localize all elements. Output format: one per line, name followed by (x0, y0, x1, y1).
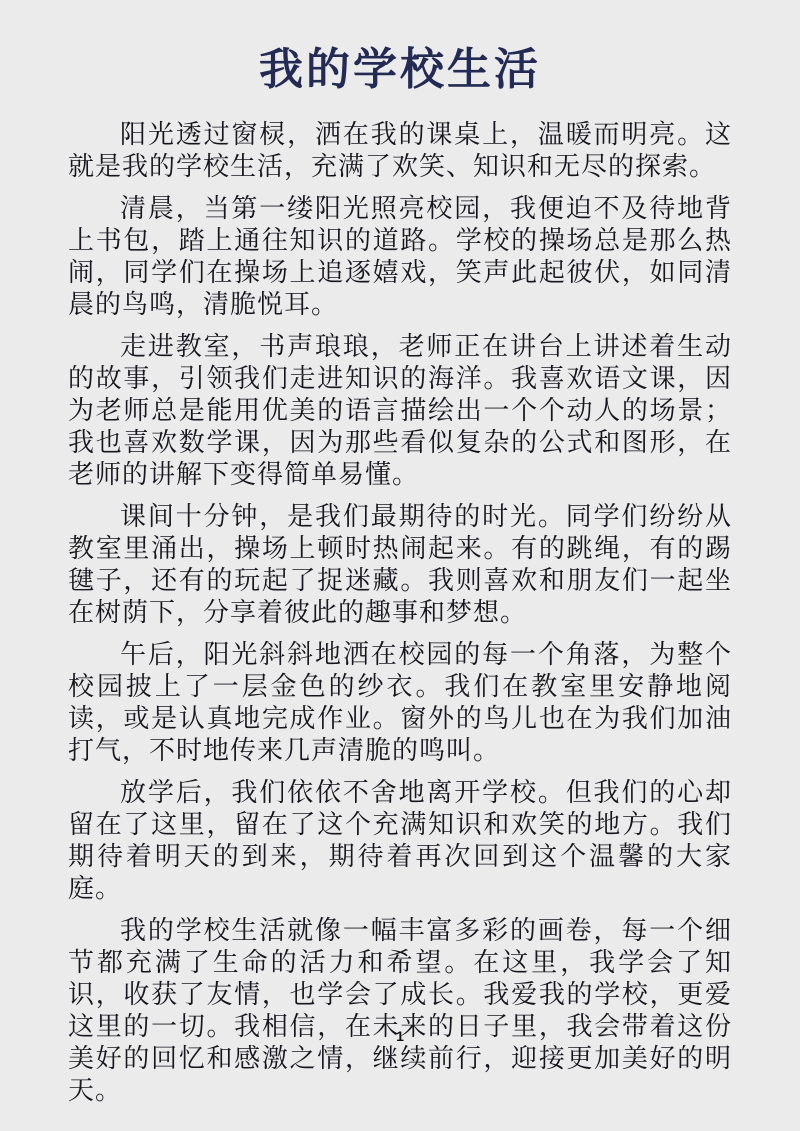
page-number: 1 (396, 1028, 404, 1044)
paragraph-morning: 清晨，当第一缕阳光照亮校园，我便迫不及待地背上书包，踏上通往知识的道路。学校的操… (68, 193, 732, 321)
page-footer: 1 (0, 1028, 800, 1046)
paragraph-intro: 阳光透过窗棂，洒在我的课桌上，温暖而明亮。这就是我的学校生活，充满了欢笑、知识和… (68, 119, 732, 183)
paragraph-classroom: 走进教室，书声琅琅，老师正在讲台上讲述着生动的故事，引领我们走进知识的海洋。我喜… (68, 331, 732, 491)
paragraph-recess: 课间十分钟，是我们最期待的时光。同学们纷纷从教室里涌出，操场上顿时热闹起来。有的… (68, 501, 732, 629)
paragraph-afternoon: 午后，阳光斜斜地洒在校园的每一个角落，为整个校园披上了一层金色的纱衣。我们在教室… (68, 639, 732, 767)
paragraph-after-school: 放学后，我们依依不舍地离开学校。但我们的心却留在了这里，留在了这个充满知识和欢笑… (68, 777, 732, 905)
paragraph-conclusion: 我的学校生活就像一幅丰富多彩的画卷，每一个细节都充满了生命的活力和希望。在这里，… (68, 915, 732, 1107)
document-page: 我的学校生活 阳光透过窗棂，洒在我的课桌上，温暖而明亮。这就是我的学校生活，充满… (0, 0, 800, 1131)
document-title: 我的学校生活 (68, 44, 732, 97)
